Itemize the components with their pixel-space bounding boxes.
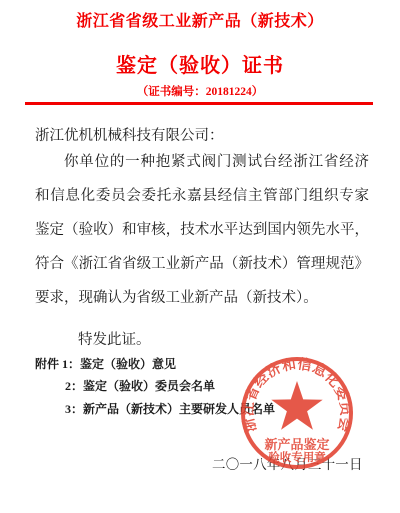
issue-date: 二〇一八年八月三十一日 [212, 456, 363, 474]
header-divider-rule [25, 102, 373, 105]
certificate-body-paragraph: 你单位的一种抱紧式阀门测试台经浙江省经济 和信息化委员会委托永嘉县经信主管部门组… [35, 145, 369, 315]
body-line: 你单位的一种抱紧式阀门测试台经浙江省经济 [35, 145, 369, 179]
body-line: 要求，现确认为省级工业新产品（新技术）。 [35, 281, 369, 315]
attachments-list: 附件 1：鉴定（验收）意见 2：鉴定（验收）委员会名单 3：新产品（新技术）主要… [35, 353, 275, 420]
body-line: 符合《浙江省省级工业新产品（新技术）管理规范》 [35, 247, 369, 281]
recipient-company-name: 浙江优机机械科技有限公司： [35, 127, 224, 145]
attachment-item-2: 2：鉴定（验收）委员会名单 [65, 375, 275, 397]
attachment-item-1: 附件 1：鉴定（验收）意见 [35, 353, 275, 375]
certificate-title-line2: 鉴定（验收）证书 [0, 53, 400, 79]
certificate-page: 浙江省省级工业新产品（新技术） 鉴定（验收）证书 （证书编号：20181224）… [0, 0, 400, 513]
certificate-number: （证书编号：20181224） [0, 85, 400, 100]
star-icon [271, 381, 322, 430]
issue-statement: 特发此证。 [78, 331, 151, 349]
seal-center-text-line1: 新产品鉴定 [264, 437, 329, 452]
certificate-title-line1: 浙江省省级工业新产品（新技术） [0, 11, 400, 33]
body-line: 鉴定（验收）和审核，技术水平达到国内领先水平， [35, 213, 369, 247]
attachment-item-3: 3：新产品（新技术）主要研发人员名单 [65, 398, 275, 420]
body-line: 和信息化委员会委托永嘉县经信主管部门组织专家 [35, 179, 369, 213]
